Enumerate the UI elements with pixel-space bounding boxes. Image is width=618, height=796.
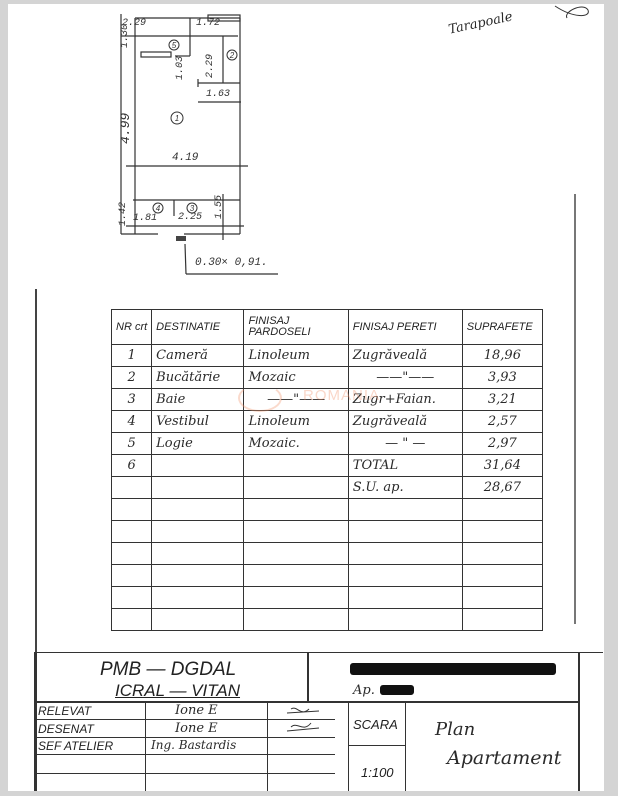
scale-value: 1:100: [361, 765, 394, 780]
org-line-2: ICRAL — VITAN: [115, 681, 240, 701]
dim-right-bottom-vertical: 1.55: [214, 195, 225, 219]
role-sef-atelier: SEF ATELIER: [38, 739, 113, 753]
table-row: 5LogieMozaic.— " —2,97: [112, 433, 543, 455]
cell-destinatie: Vestibul: [152, 411, 244, 433]
cell-finisaj-pereti: [348, 609, 462, 631]
svg-text:2: 2: [229, 51, 235, 60]
cell-finisaj-pereti: ——"——: [348, 367, 462, 389]
table-row: 1CamerăLinoleumZugrăveală18,96: [112, 345, 543, 367]
dim-door-vertical: 1.03: [175, 56, 186, 80]
dim-bottom-left: 1.81: [133, 213, 157, 224]
table-row: 2BucătărieMozaic——"——3,93: [112, 367, 543, 389]
cell-destinatie: [152, 543, 244, 565]
cell-nr: 6: [112, 455, 152, 477]
cell-nr: 3: [112, 389, 152, 411]
cell-nr: [112, 587, 152, 609]
cell-finisaj-pereti: [348, 565, 462, 587]
cell-destinatie: Bucătărie: [152, 367, 244, 389]
table-row: [112, 609, 543, 631]
cell-suprafata: [462, 609, 542, 631]
drawing-title-line2: Apartament: [447, 747, 561, 769]
dim-width-main: 4.19: [172, 152, 198, 164]
table-row: 6TOTAL31,64: [112, 455, 543, 477]
cell-suprafata: [462, 499, 542, 521]
cell-finisaj-pereti: TOTAL: [348, 455, 462, 477]
cell-finisaj-pardoseli: [244, 477, 348, 499]
cell-nr: 5: [112, 433, 152, 455]
cell-destinatie: Logie: [152, 433, 244, 455]
cell-nr: [112, 609, 152, 631]
cell-finisaj-pardoseli: Mozaic.: [244, 433, 348, 455]
header-nr: NR crt: [112, 310, 152, 345]
cell-finisaj-pereti: [348, 499, 462, 521]
drawing-title-line1: Plan: [435, 719, 475, 740]
watermark-logo-icon: [238, 384, 282, 412]
table-header-row: NR crt DESTINATIE FINISAJ PARDOSELI FINI…: [112, 310, 543, 345]
cell-nr: 4: [112, 411, 152, 433]
cell-suprafata: [462, 587, 542, 609]
signature-icon: [283, 703, 323, 737]
cell-nr: [112, 543, 152, 565]
cell-destinatie: Baie: [152, 389, 244, 411]
header-suprafete: SUPRAFETE: [462, 310, 542, 345]
cell-nr: [112, 565, 152, 587]
cell-finisaj-pereti: S.U. ap.: [348, 477, 462, 499]
table-row: [112, 499, 543, 521]
dim-opening: 0.30× 0,91.: [195, 257, 268, 269]
svg-text:1: 1: [175, 114, 179, 123]
org-line-1: PMB — DGDAL: [100, 659, 236, 681]
cell-finisaj-pardoseli: Linoleum: [244, 345, 348, 367]
header-destinatie: DESTINATIE: [152, 310, 244, 345]
cell-destinatie: [152, 477, 244, 499]
cell-suprafata: [462, 543, 542, 565]
cell-finisaj-pereti: [348, 587, 462, 609]
cell-suprafata: 31,64: [462, 455, 542, 477]
cell-destinatie: [152, 521, 244, 543]
rooms-table: NR crt DESTINATIE FINISAJ PARDOSELI FINI…: [111, 309, 543, 631]
signature-flourish: [553, 4, 593, 26]
cell-suprafata: 2,97: [462, 433, 542, 455]
cell-finisaj-pereti: [348, 521, 462, 543]
cell-finisaj-pardoseli: [244, 587, 348, 609]
cell-finisaj-pereti: [348, 543, 462, 565]
watermark-text: ROMANIA: [303, 387, 380, 404]
cell-finisaj-pardoseli: [244, 609, 348, 631]
name-sef-atelier: Ing. Bastardis: [151, 738, 236, 752]
svg-text:4: 4: [156, 204, 161, 213]
table-row: [112, 565, 543, 587]
cell-destinatie: Cameră: [152, 345, 244, 367]
redacted-ap-number: [380, 685, 414, 695]
role-desenat: DESENAT: [38, 722, 94, 736]
cell-nr: [112, 499, 152, 521]
dim-left-top-vertical: 1.30: [120, 24, 131, 48]
header-finisaj-pereti: FINISAJ PERETI: [348, 310, 462, 345]
table-row: [112, 587, 543, 609]
page-right-border: [574, 194, 576, 624]
header-finisaj-pardoseli: FINISAJ PARDOSELI: [244, 310, 348, 345]
cell-nr: 1: [112, 345, 152, 367]
redacted-address: [350, 663, 556, 675]
cell-suprafata: 3,21: [462, 389, 542, 411]
cell-destinatie: [152, 565, 244, 587]
name-desenat: Ione E: [175, 721, 218, 736]
cell-nr: 2: [112, 367, 152, 389]
table-row: S.U. ap.28,67: [112, 477, 543, 499]
cell-finisaj-pardoseli: Linoleum: [244, 411, 348, 433]
cell-suprafata: [462, 521, 542, 543]
cell-suprafata: [462, 565, 542, 587]
cell-destinatie: [152, 499, 244, 521]
svg-text:5: 5: [172, 41, 177, 50]
ap-label: Ap.: [353, 683, 375, 698]
cell-suprafata: 3,93: [462, 367, 542, 389]
table-row: [112, 543, 543, 565]
dim-room2-bottom: 1.63: [206, 89, 230, 100]
cell-finisaj-pardoseli: [244, 565, 348, 587]
cell-nr: [112, 477, 152, 499]
cell-nr: [112, 521, 152, 543]
title-block: PMB — DGDAL ICRAL — VITAN Ap. RELEVAT Io…: [34, 652, 603, 791]
cell-finisaj-pardoseli: [244, 521, 348, 543]
role-relevat: RELEVAT: [38, 704, 91, 718]
scale-label: SCARA: [353, 717, 398, 732]
dim-room2-vertical: 2.29: [205, 54, 216, 78]
cell-destinatie: [152, 609, 244, 631]
cell-finisaj-pereti: — " —: [348, 433, 462, 455]
dim-bottom-mid: 2.25: [178, 212, 202, 223]
cell-finisaj-pereti: Zugrăveală: [348, 345, 462, 367]
cell-suprafata: 18,96: [462, 345, 542, 367]
cell-finisaj-pereti: Zugrăveală: [348, 411, 462, 433]
cell-suprafata: 28,67: [462, 477, 542, 499]
floor-plan-drawing: 5 2 1 4 3: [8, 4, 604, 294]
cell-finisaj-pardoseli: [244, 543, 348, 565]
dim-left-vertical: 4.99: [118, 113, 133, 144]
cell-finisaj-pardoseli: [244, 455, 348, 477]
cell-finisaj-pardoseli: [244, 499, 348, 521]
table-row: [112, 521, 543, 543]
name-relevat: Ione E: [175, 703, 218, 718]
dim-left-bottom-vertical: 1.42: [118, 202, 129, 226]
dim-top-right: 1.72: [196, 18, 220, 29]
table-row: 4VestibulLinoleumZugrăveală2,57: [112, 411, 543, 433]
cell-suprafata: 2,57: [462, 411, 542, 433]
cell-destinatie: [152, 455, 244, 477]
document-page: 5 2 1 4 3 2.29 1.72 1.30 2.29 1.03 1.63 …: [8, 4, 604, 791]
cell-destinatie: [152, 587, 244, 609]
